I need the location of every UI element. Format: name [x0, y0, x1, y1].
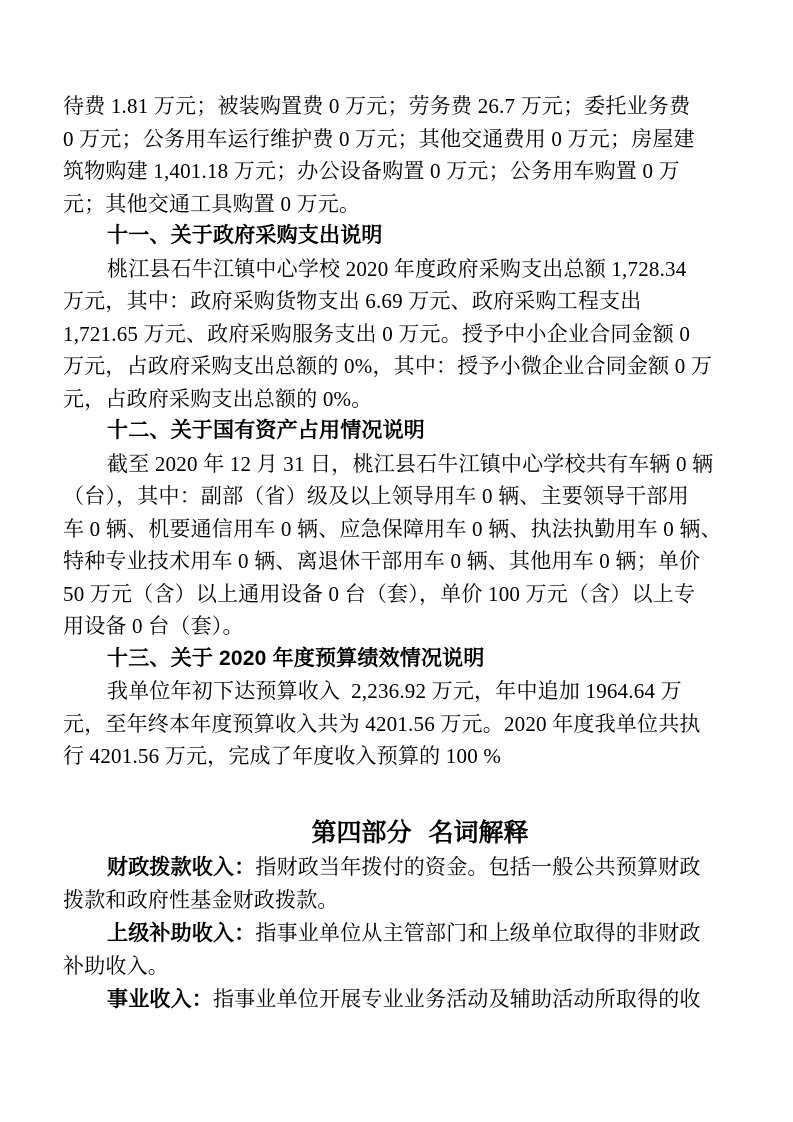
- definition-line: 财政拨款收入：指财政当年拨付的资金。包括一般公共预算财政: [63, 851, 733, 885]
- document-page: 待费 1.81 万元；被装购置费 0 万元；劳务费 26.7 万元；委托业务费 …: [0, 0, 793, 1122]
- text-line: 桃江县石牛江镇中心学校 2020 年度政府采购支出总额 1,728.34: [63, 253, 733, 286]
- text-line: 特种专业技术用车 0 辆、离退休干部用车 0 辆、其他用车 0 辆；单价: [63, 545, 733, 578]
- text-line: 元；其他交通工具购置 0 万元。: [63, 188, 733, 221]
- definition-term: 财政拨款收入：: [107, 856, 255, 879]
- section-12-heading: 十二、关于国有资产占用情况说明: [63, 415, 733, 448]
- definition-line: 补助收入。: [63, 950, 733, 983]
- part-4-title: 第四部分 名词解释: [63, 815, 733, 851]
- text-line: 1,721.65 万元、政府采购服务支出 0 万元。授予中小企业合同金额 0: [63, 318, 733, 351]
- definition-line: 上级补助收入：指事业单位从主管部门和上级单位取得的非财政: [63, 917, 733, 951]
- definition-text: 指事业单位开展专业业务活动及辅助活动所取得的收: [213, 987, 701, 1011]
- text-line: 元，占政府采购支出总额的 0%。: [63, 383, 733, 416]
- definition-text: 指财政当年拨付的资金。包括一般公共预算财政: [255, 855, 700, 879]
- text-line: 车 0 辆、机要通信用车 0 辆、应急保障用车 0 辆、执法执勤用车 0 辆、: [63, 513, 733, 546]
- document-content: 待费 1.81 万元；被装购置费 0 万元；劳务费 26.7 万元；委托业务费 …: [63, 90, 733, 1016]
- text-line: 万元，占政府采购支出总额的 0%，其中：授予小微企业合同金额 0 万: [63, 350, 733, 383]
- definition-text: 指事业单位从主管部门和上级单位取得的非财政: [255, 921, 700, 945]
- definition-line: 拨款和政府性基金财政拨款。: [63, 884, 733, 917]
- definition-term: 事业收入：: [107, 988, 213, 1011]
- text-line: 50 万元（含）以上通用设备 0 台（套），单价 100 万元（含）以上专: [63, 578, 733, 611]
- definition-term: 上级补助收入：: [107, 922, 255, 945]
- definition-line: 事业收入：指事业单位开展专业业务活动及辅助活动所取得的收: [63, 983, 733, 1017]
- section-13-heading: 十三、关于 2020 年度预算绩效情况说明: [63, 643, 733, 676]
- text-line: 筑物购建 1,401.18 万元；办公设备购置 0 万元；公务用车购置 0 万: [63, 155, 733, 188]
- part-4-glossary: 第四部分 名词解释 财政拨款收入：指财政当年拨付的资金。包括一般公共预算财政 拨…: [63, 815, 733, 1017]
- text-line: 截至 2020 年 12 月 31 日，桃江县石牛江镇中心学校共有车辆 0 辆: [63, 448, 733, 481]
- section-12-state-assets: 十二、关于国有资产占用情况说明 截至 2020 年 12 月 31 日，桃江县石…: [63, 415, 733, 643]
- text-line: （台），其中：副部（省）级及以上领导用车 0 辆、主要领导干部用: [63, 480, 733, 513]
- section-13-budget-performance: 十三、关于 2020 年度预算绩效情况说明 我单位年初下达预算收入 2,236.…: [63, 643, 733, 773]
- text-line: 元，至年终本年度预算收入共为 4201.56 万元。2020 年度我单位共执: [63, 708, 733, 741]
- text-line: 万元，其中：政府采购货物支出 6.69 万元、政府采购工程支出: [63, 285, 733, 318]
- text-line: 我单位年初下达预算收入 2,236.92 万元，年中追加 1964.64 万: [63, 675, 733, 708]
- section-11-heading: 十一、关于政府采购支出说明: [63, 220, 733, 253]
- text-line: 待费 1.81 万元；被装购置费 0 万元；劳务费 26.7 万元；委托业务费: [63, 90, 733, 123]
- section-11-government-procurement: 十一、关于政府采购支出说明 桃江县石牛江镇中心学校 2020 年度政府采购支出总…: [63, 220, 733, 415]
- text-line: 用设备 0 台（套）。: [63, 610, 733, 643]
- text-line: 行 4201.56 万元，完成了年度收入预算的 100 %: [63, 740, 733, 773]
- paragraph-expense-tail: 待费 1.81 万元；被装购置费 0 万元；劳务费 26.7 万元；委托业务费 …: [63, 90, 733, 220]
- text-line: 0 万元；公务用车运行维护费 0 万元；其他交通费用 0 万元；房屋建: [63, 123, 733, 156]
